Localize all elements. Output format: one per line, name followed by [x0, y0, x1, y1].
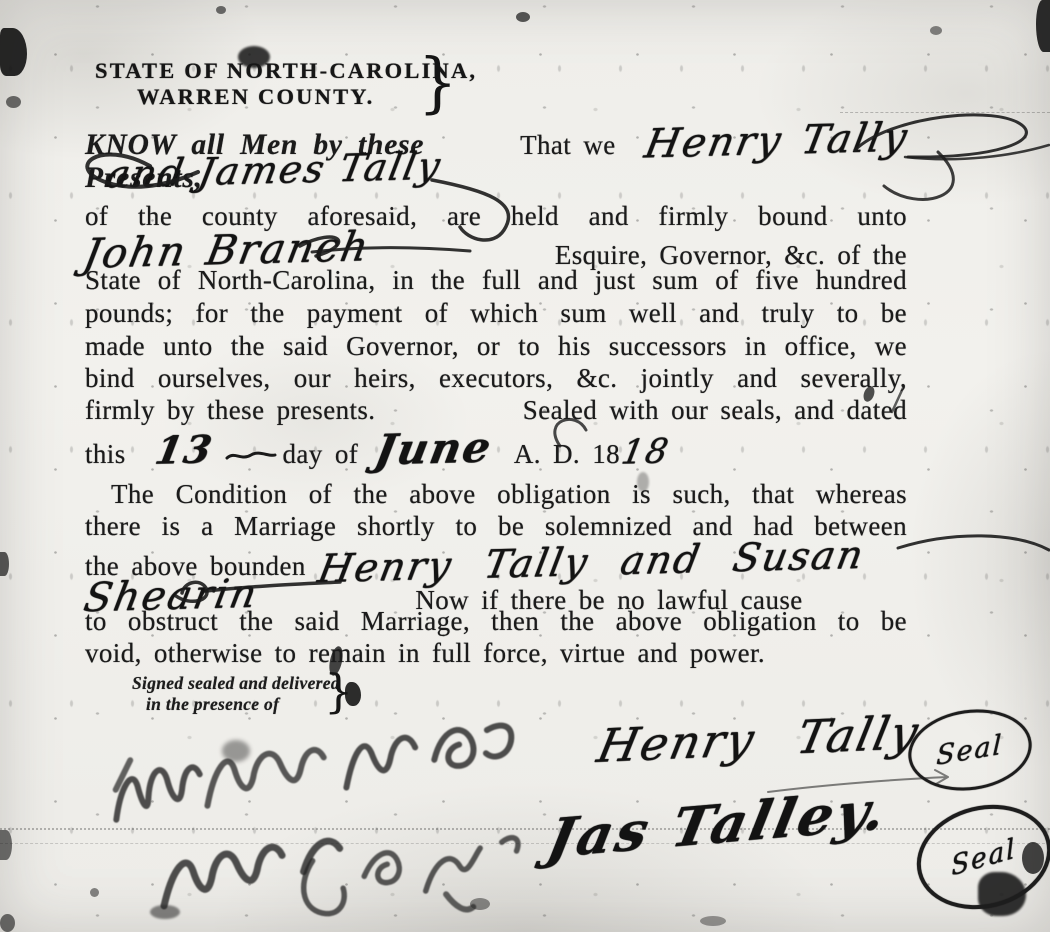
handwritten-cosigner-name: and James Tally	[103, 144, 445, 197]
seal-1-text: Seal	[936, 729, 1004, 772]
attestation-block: Signed sealed and delivered in the prese…	[132, 673, 340, 715]
seal-2: Seal	[906, 791, 1050, 923]
bond-line-6: bind ourselves, our heirs, executors, &c…	[85, 362, 907, 394]
ink-smudge	[700, 916, 726, 926]
ink-spot	[6, 96, 21, 108]
bleedthrough-scribble-4	[160, 840, 344, 906]
sealed-text: Sealed with our seals, and dated	[523, 395, 907, 426]
scan-line-1	[0, 828, 1050, 830]
signature-henry-tally: Henry Tally	[593, 705, 925, 773]
ad-text: A. D. 18	[514, 439, 620, 470]
handwritten-year-digits: 18	[618, 431, 673, 472]
bond-line-5: made unto the said Governor, or to his s…	[85, 330, 907, 362]
marriage-bond-document: STATE OF NORTH-CAROLINA, WARREN COUNTY. …	[0, 0, 1050, 932]
ink-spot	[930, 26, 942, 35]
bond-line-4: pounds; for the payment of which sum wel…	[85, 297, 907, 329]
signature-jas-talley: Jas Talley.	[542, 778, 894, 871]
condition-line-6: void, otherwise to remain in full force,…	[85, 637, 907, 669]
handwritten-day-number: 13	[151, 426, 217, 472]
bleedthrough-scribble-2	[203, 749, 327, 806]
attestation-brace: }	[324, 664, 353, 718]
ink-spot	[90, 888, 99, 897]
bleedthrough-scribble-6	[113, 732, 473, 932]
flourish-top-right-tail	[905, 145, 1049, 159]
firmly-text: firmly by these presents.	[85, 395, 375, 426]
day-of-text: day of	[283, 439, 359, 470]
attestation-line-2: in the presence of	[146, 694, 340, 715]
date-line: this 13 day of June A. D. 18 18	[85, 424, 907, 473]
condition-line-1: The Condition of the above obligation is…	[85, 478, 907, 510]
ink-smudge	[222, 740, 250, 762]
bond-line-7: firmly by these presents. Sealed with ou…	[85, 395, 907, 426]
edge-mark-left	[0, 552, 9, 576]
that-we-text: That we	[520, 130, 616, 161]
scan-line-3	[840, 112, 1050, 113]
pen-squiggle	[225, 439, 277, 470]
ink-spot	[216, 6, 226, 14]
seal-2-text: Seal	[950, 832, 1017, 882]
condition-line-5: to obstruct the said Marriage, then the …	[85, 605, 907, 637]
bleedthrough-scribble-1	[112, 767, 203, 820]
corner-mark-top-left	[0, 28, 27, 76]
edge-mark-left	[0, 830, 12, 860]
seal-1: Seal	[903, 702, 1037, 798]
handwritten-month: June	[371, 422, 496, 474]
header-brace: }	[418, 44, 457, 121]
this-text: this	[85, 439, 126, 470]
scan-line-2	[0, 843, 1050, 844]
bond-line-3: State of North-Carolina, in the full and…	[85, 264, 907, 296]
handwritten-groom-name: Henry Tally	[641, 115, 912, 168]
ink-smudge	[150, 905, 180, 919]
ink-smudge	[470, 898, 490, 910]
bleedthrough-scribble-3	[342, 725, 514, 788]
corner-mark-bottom-left	[0, 914, 15, 932]
ink-spot	[516, 12, 530, 22]
flourish-susan-tail	[898, 536, 1049, 550]
attestation-line-1: Signed sealed and delivered	[132, 673, 340, 694]
corner-mark-top-right	[1036, 0, 1050, 52]
